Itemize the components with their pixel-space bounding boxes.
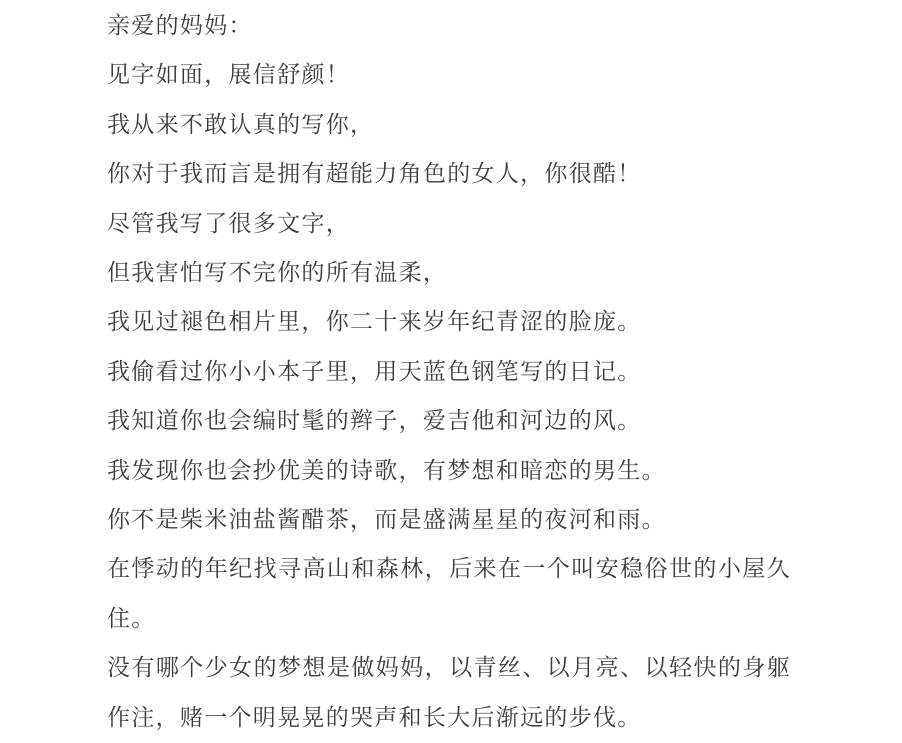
letter-line: 尽管我写了很多文字， bbox=[107, 199, 791, 248]
letter-salutation: 亲爱的妈妈： bbox=[107, 1, 791, 50]
letter-line: 没有哪个少女的梦想是做妈妈，以青丝、以月亮、以轻快的身躯作注，赌一个明晃晃的哭声… bbox=[107, 643, 791, 742]
document-page: 亲爱的妈妈： 见字如面，展信舒颜！ 我从来不敢认真的写你， 你对于我而言是拥有超… bbox=[0, 0, 902, 743]
letter-line: 见字如面，展信舒颜！ bbox=[107, 50, 791, 99]
letter-line: 我从来不敢认真的写你， bbox=[107, 100, 791, 149]
letter-line: 但我害怕写不完你的所有温柔， bbox=[107, 248, 791, 297]
letter-line: 我知道你也会编时髦的辫子，爱吉他和河边的风。 bbox=[107, 396, 791, 445]
letter-line: 你不是柴米油盐酱醋茶，而是盛满星星的夜河和雨。 bbox=[107, 495, 791, 544]
letter-line: 我发现你也会抄优美的诗歌，有梦想和暗恋的男生。 bbox=[107, 446, 791, 495]
letter-line: 你对于我而言是拥有超能力角色的女人，你很酷！ bbox=[107, 149, 791, 198]
letter-line: 我偷看过你小小本子里，用天蓝色钢笔写的日记。 bbox=[107, 347, 791, 396]
letter-body: 亲爱的妈妈： 见字如面，展信舒颜！ 我从来不敢认真的写你， 你对于我而言是拥有超… bbox=[107, 0, 791, 742]
page: { "page": { "background": "#ffffff", "te… bbox=[0, 0, 902, 743]
letter-line: 我见过褪色相片里，你二十来岁年纪青涩的脸庞。 bbox=[107, 297, 791, 346]
letter-line: 在悸动的年纪找寻高山和森林，后来在一个叫安稳俗世的小屋久住。 bbox=[107, 544, 791, 643]
